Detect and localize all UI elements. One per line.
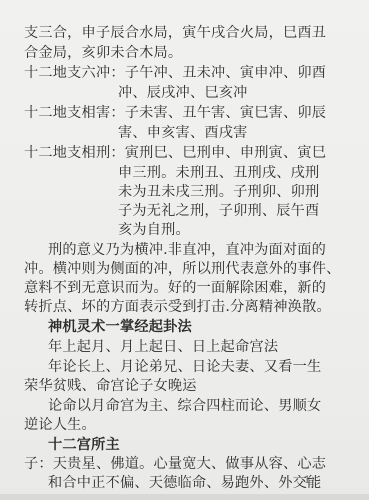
text-line: 转折点、坏的方面表示受到打击.分离精神涣散。 [24, 298, 331, 316]
page-edge [0, 494, 369, 500]
text-line: 十二地支相害：子未害、丑午害、寅巳害、卯辰 [24, 104, 326, 122]
text-line: 意料不到无意识而为。好的一面解除困难，新的 [24, 279, 326, 297]
section-heading: 十二宫所主 [48, 436, 120, 454]
text-line: 亥为自刑。 [118, 221, 190, 239]
text-line: 未为丑未戌三刑。子刑卯、卯刑 [118, 183, 319, 201]
text-line: 冲、辰戌冲、巳亥冲 [118, 84, 248, 102]
text-line: 子：天贵星、佛道。心量宽大、做事从容、心志 [24, 455, 326, 473]
document-page: 支三合，申子辰合水局，寅午戌合火局，巳酉丑 合金局，亥卯未合木局。 十二地支六冲… [0, 0, 369, 500]
text-line: 十二地支六冲：子午冲、丑未冲、寅申冲、卯酉 [24, 64, 326, 82]
page-number: 1 [304, 475, 310, 486]
text-line: 逆论人生。 [24, 416, 96, 434]
text-line: 子为无礼之刑，子卯刑、辰午酉 [118, 202, 319, 220]
text-line: 十二地支相刑：寅刑巳、巳刑申、申刑寅、寅巳 [24, 144, 326, 162]
text-line: 刑的意义乃为横冲.非直冲，直冲为面对面的 [48, 241, 326, 259]
text-line: 合金局，亥卯未合木局。 [24, 44, 182, 62]
text-line: 论命以月命宫为主、综合四柱而论、男顺女 [48, 397, 321, 415]
text-line: 支三合，申子辰合水局，寅午戌合火局，巳酉丑 [24, 24, 326, 42]
text-line: 申三刑。未刑丑、丑刑戌、戌刑 [118, 164, 319, 182]
text-line: 年论长上、月论弟兄、日论夫妻、又看一生 [48, 358, 321, 376]
text-line: 冲。横冲则为侧面的冲，所以刑代表意外的事件、 [24, 260, 341, 278]
text-line: 年上起月、月上起日、日上起命宫法 [48, 338, 278, 356]
text-line: 害、申亥害、酉戌害 [118, 124, 248, 142]
text-line: 荣华贫贱、命宫论子女晚运 [24, 377, 197, 395]
text-line: 和合中正不偏、天德临命、易跑外、外交能 [48, 474, 321, 492]
section-heading: 神机灵术一掌经起卦法 [48, 318, 192, 336]
